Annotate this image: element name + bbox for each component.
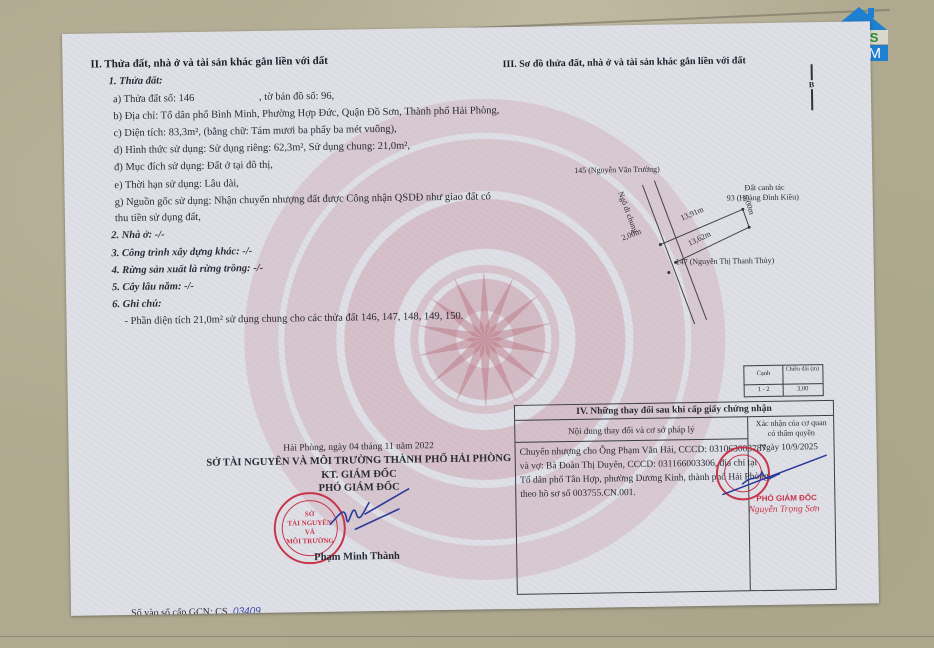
south-parcel-label: 147 (Nguyễn Thị Thanh Thủy) (676, 256, 775, 267)
table-cell: 1 - 2 (745, 386, 783, 394)
land-heading: 1. Thửa đất: (109, 75, 163, 87)
map-sheet-number: , tờ bản đồ số: 96, (259, 91, 334, 103)
change-content-line: theo hồ sơ số 003755.CN.001. (520, 488, 636, 500)
usage-origin-line-2: thu tiền sử dụng đất, (115, 212, 201, 224)
sun-star-emblem-icon (409, 263, 561, 415)
signer-name: Phạm Minh Thành (314, 551, 400, 563)
parcel-number: a) Thửa đất số: 146 (113, 93, 194, 105)
item-notes-heading: 6. Ghi chú: (112, 298, 161, 310)
usage-purpose-line: đ) Mục đích sử dụng: Đất ở tại đô thị, (114, 160, 273, 173)
section-2-title: II. Thửa đất, nhà ở và tài sản khác gắn … (90, 55, 328, 71)
edge-length-table: Cạnh Chiều dài (m) 1 - 2 3,00 (743, 364, 823, 397)
north-parcel-label: 145 (Nguyễn Văn Trường) (574, 165, 660, 175)
changes-col-header: Nội dung thay đổi và cơ sở pháp lý (515, 423, 747, 437)
east-parcel-label-2: 93 (Hoàng Đình Kiều) (727, 192, 799, 202)
section-3-title: III. Sơ đồ thửa đất, nhà ở và tài sản kh… (502, 55, 745, 70)
floor-tile-seam (0, 636, 934, 637)
east-parcel-label-1: Đất canh tác (744, 183, 784, 193)
item-planted-forest: 4. Rừng sản xuất là rừng trồng: -/- (112, 263, 264, 276)
usage-term-line: e) Thời hạn sử dụng: Lâu dài, (114, 178, 239, 191)
table-header-edge: Cạnh (744, 370, 782, 378)
table-header-length: Chiều dài (m) (782, 366, 822, 374)
confirmation-col-header: Xác nhận của cơ quan có thẩm quyền (753, 418, 829, 439)
changes-table: IV. Những thay đổi sau khi cấp giấy chứn… (514, 400, 837, 595)
registry-number: 03409 (233, 606, 261, 616)
registry-label-text: Số vào sổ cấp GCN: CS (131, 606, 228, 615)
signature-mark-icon (324, 484, 415, 545)
item-perennial-trees: 5. Cây lâu năm: -/- (112, 281, 194, 293)
table-cell: 3,00 (783, 385, 823, 393)
item-house: 2. Nhà ở: -/- (111, 229, 165, 241)
land-certificate-page: II. Thửa đất, nhà ở và tài sản khác gắn … (62, 21, 879, 616)
registry-label: Số vào sổ cấp GCN: CS 03409 (131, 606, 261, 616)
item-other-construction: 3. Công trình xây dựng khác: -/- (111, 246, 252, 259)
north-label: B (808, 80, 815, 89)
confirmation-role: PHÓ GIÁM ĐỐC (756, 493, 817, 503)
confirmation-date: Ngày 10/9/2025 (759, 441, 817, 452)
confirmation-signer: Nguyễn Trọng Sơn (748, 504, 819, 515)
